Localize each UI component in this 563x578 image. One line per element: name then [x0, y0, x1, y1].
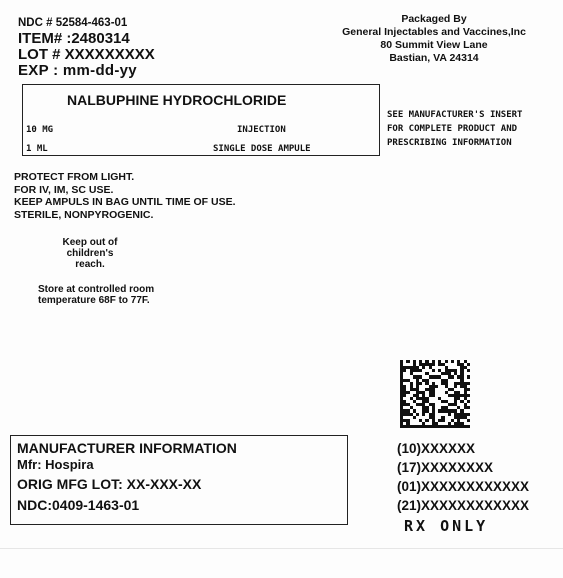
gs1-batch: (10)XXXXXX [397, 439, 529, 458]
warnings: PROTECT FROM LIGHT. FOR IV, IM, SC USE. … [14, 171, 236, 221]
manufacturer-lot: ORIG MFG LOT: XX-XXX-XX [17, 476, 201, 492]
warning-line: KEEP AMPULS IN BAG UNTIL TIME OF USE. [14, 196, 236, 209]
packager-info: Packaged By General Injectables and Vacc… [318, 13, 550, 65]
insert-note-line: PRESCRIBING INFORMATION [387, 136, 522, 150]
product-box: NALBUPHINE HYDROCHLORIDE 10 MG 1 ML INJE… [22, 84, 380, 156]
manufacturer-ndc: NDC:0409-1463-01 [17, 497, 139, 513]
gs1-gtin: (01)XXXXXXXXXXXX [397, 477, 529, 496]
product-name: NALBUPHINE HYDROCHLORIDE [67, 92, 286, 108]
rx-only-label: RX ONLY [404, 517, 488, 535]
child-safety-line: Keep out of [52, 237, 128, 248]
product-strength: 10 MG [26, 125, 53, 135]
child-safety-note: Keep out of children's reach. [52, 237, 128, 270]
storage-line: temperature 68F to 77F. [38, 295, 154, 306]
barcode-module [467, 425, 470, 428]
storage-note: Store at controlled room temperature 68F… [38, 284, 154, 306]
storage-line: Store at controlled room [38, 284, 154, 295]
packager-street: 80 Summit View Lane [318, 39, 550, 52]
packager-city: Bastian, VA 24314 [318, 52, 550, 65]
gs1-expiry: (17)XXXXXXXX [397, 458, 529, 477]
datamatrix-barcode [400, 360, 470, 428]
manufacturer-box: MANUFACTURER INFORMATION Mfr: Hospira OR… [10, 435, 348, 525]
product-form: INJECTION [237, 125, 286, 135]
manufacturer-name: Mfr: Hospira [17, 457, 94, 472]
packager-name: General Injectables and Vaccines,Inc [318, 26, 550, 39]
product-volume: 1 ML [26, 144, 48, 154]
label-edge [0, 548, 563, 549]
expiration-date: EXP : mm-dd-yy [18, 62, 137, 79]
warning-line: STERILE, NONPYROGENIC. [14, 209, 236, 222]
child-safety-line: children's reach. [52, 248, 128, 270]
packager-heading: Packaged By [318, 13, 550, 26]
gs1-identifiers: (10)XXXXXX (17)XXXXXXXX (01)XXXXXXXXXXXX… [397, 439, 529, 515]
lot-number: LOT # XXXXXXXXX [18, 46, 155, 63]
insert-note: SEE MANUFACTURER'S INSERT FOR COMPLETE P… [387, 108, 522, 150]
item-number: ITEM# :2480314 [18, 30, 130, 47]
manufacturer-title: MANUFACTURER INFORMATION [17, 440, 237, 456]
insert-note-line: SEE MANUFACTURER'S INSERT [387, 108, 522, 122]
warning-line: PROTECT FROM LIGHT. [14, 171, 236, 184]
gs1-serial: (21)XXXXXXXXXXXX [397, 496, 529, 515]
product-container: SINGLE DOSE AMPULE [213, 144, 311, 154]
insert-note-line: FOR COMPLETE PRODUCT AND [387, 122, 522, 136]
package-ndc: NDC # 52584-463-01 [18, 17, 127, 29]
warning-line: FOR IV, IM, SC USE. [14, 184, 236, 197]
